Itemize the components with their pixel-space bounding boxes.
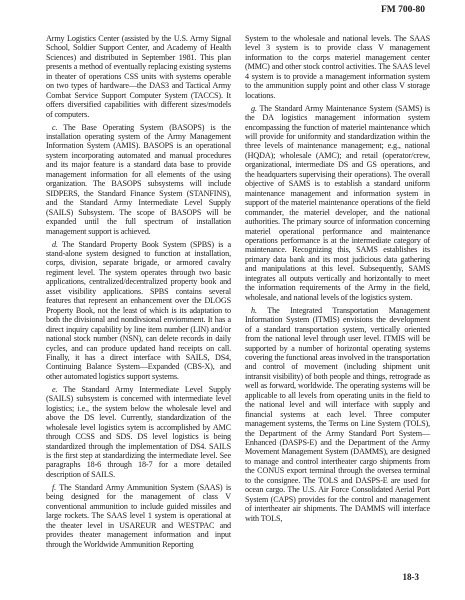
paragraph-e: e. The Standard Army Intermediate Level … (46, 385, 231, 480)
paragraph-d: d. The Standard Property Book System (SP… (46, 240, 231, 382)
paragraph-text: The Standard Army Intermediate Level Sup… (46, 385, 231, 479)
paragraph-text: The Base Operating System (BASOPS) is th… (46, 123, 231, 236)
left-column: Army Logistics Center (assisted by the U… (46, 34, 231, 553)
paragraph-g: g. The Standard Army Maintenance System … (245, 104, 430, 303)
paragraph-text: The Integrated Transportation Management… (245, 306, 430, 523)
paragraph-text: System to the wholesale and national lev… (245, 34, 430, 100)
paragraph-text: The Standard Property Book System (SPBS)… (46, 240, 231, 381)
document-id-header: FM 700-80 (381, 5, 425, 15)
paragraph-text: Army Logistics Center (assisted by the U… (46, 34, 231, 119)
right-column: System to the wholesale and national lev… (245, 34, 430, 527)
page-number: 18-3 (403, 572, 420, 582)
paragraph-text: The Standard Army Maintenance System (SA… (245, 104, 430, 302)
paragraph-h: h. The Integrated Transportation Managem… (245, 306, 430, 523)
paragraph-continued: System to the wholesale and national lev… (245, 34, 430, 100)
paragraph-c: c. The Base Operating System (BASOPS) is… (46, 123, 231, 236)
paragraph-text: The Standard Army Ammunition System (SAA… (46, 483, 231, 549)
paragraph-continued: Army Logistics Center (assisted by the U… (46, 34, 231, 119)
paragraph-f: f. The Standard Army Ammunition System (… (46, 483, 231, 549)
